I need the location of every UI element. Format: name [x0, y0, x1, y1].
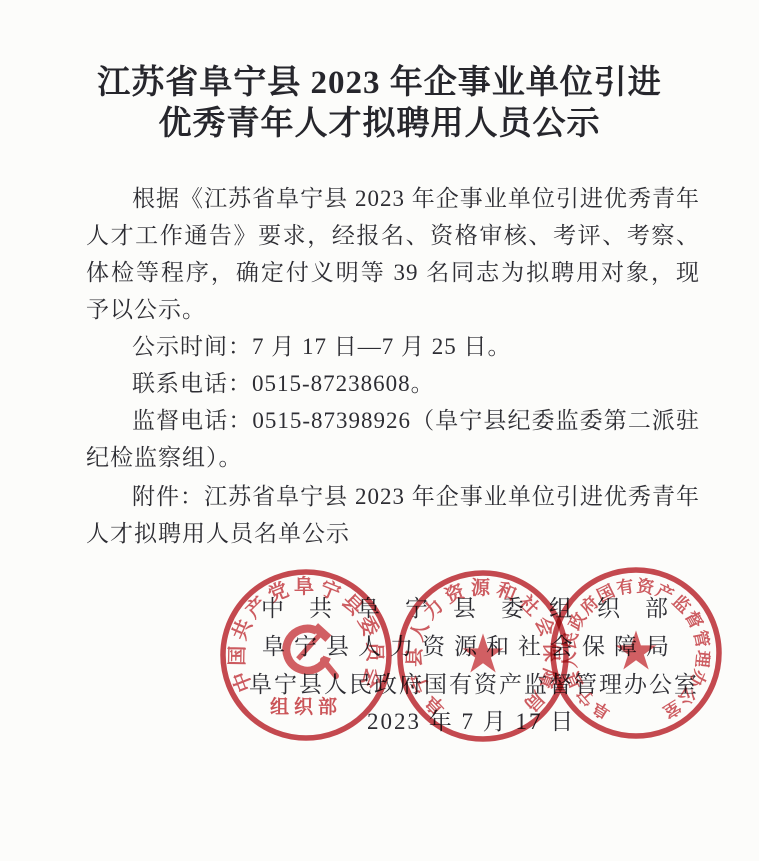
hammer-and-sickle-icon [286, 623, 336, 676]
star-icon [464, 635, 502, 671]
star-icon [617, 632, 655, 668]
seal-bottom-text: 组织部 [270, 695, 342, 718]
publicity-period-line: 公示时间：7 月 17 日—7 月 25 日。 [86, 328, 700, 365]
title-line-2: 优秀青年人才拟聘用人员公示 [0, 104, 759, 145]
document-body: 根据《江苏省阜宁县 2023 年企事业单位引进优秀青年人才工作通告》要求，经报名… [86, 180, 700, 476]
attachment-line: 附件：江苏省阜宁县 2023 年企事业单位引进优秀青年人才拟聘用人员名单公示 [86, 478, 700, 552]
contact-phone-line: 联系电话：0515-87238608。 [86, 365, 700, 402]
body-paragraph: 根据《江苏省阜宁县 2023 年企事业单位引进优秀青年人才工作通告》要求，经报名… [86, 180, 700, 328]
document-page: 江苏省阜宁县 2023 年企事业单位引进 优秀青年人才拟聘用人员公示 根据《江苏… [0, 0, 759, 861]
seal-party-committee: 中国共产党阜宁县委员会 组织部 [217, 566, 395, 744]
seal-hr-bureau: 阜宁县人力资源和社会保障局 [394, 567, 572, 745]
title-line-1: 江苏省阜宁县 2023 年企事业单位引进 [0, 63, 759, 104]
supervision-phone-line: 监督电话：0515-87398926（阜宁县纪委监委第二派驻纪检监察组）。 [86, 402, 700, 476]
seal-sasac-office: 阜宁县人民政府国有资产监督管理办公室 [547, 564, 725, 742]
document-title: 江苏省阜宁县 2023 年企事业单位引进 优秀青年人才拟聘用人员公示 [0, 63, 759, 145]
attachment-section: 附件：江苏省阜宁县 2023 年企事业单位引进优秀青年人才拟聘用人员名单公示 [86, 478, 700, 552]
